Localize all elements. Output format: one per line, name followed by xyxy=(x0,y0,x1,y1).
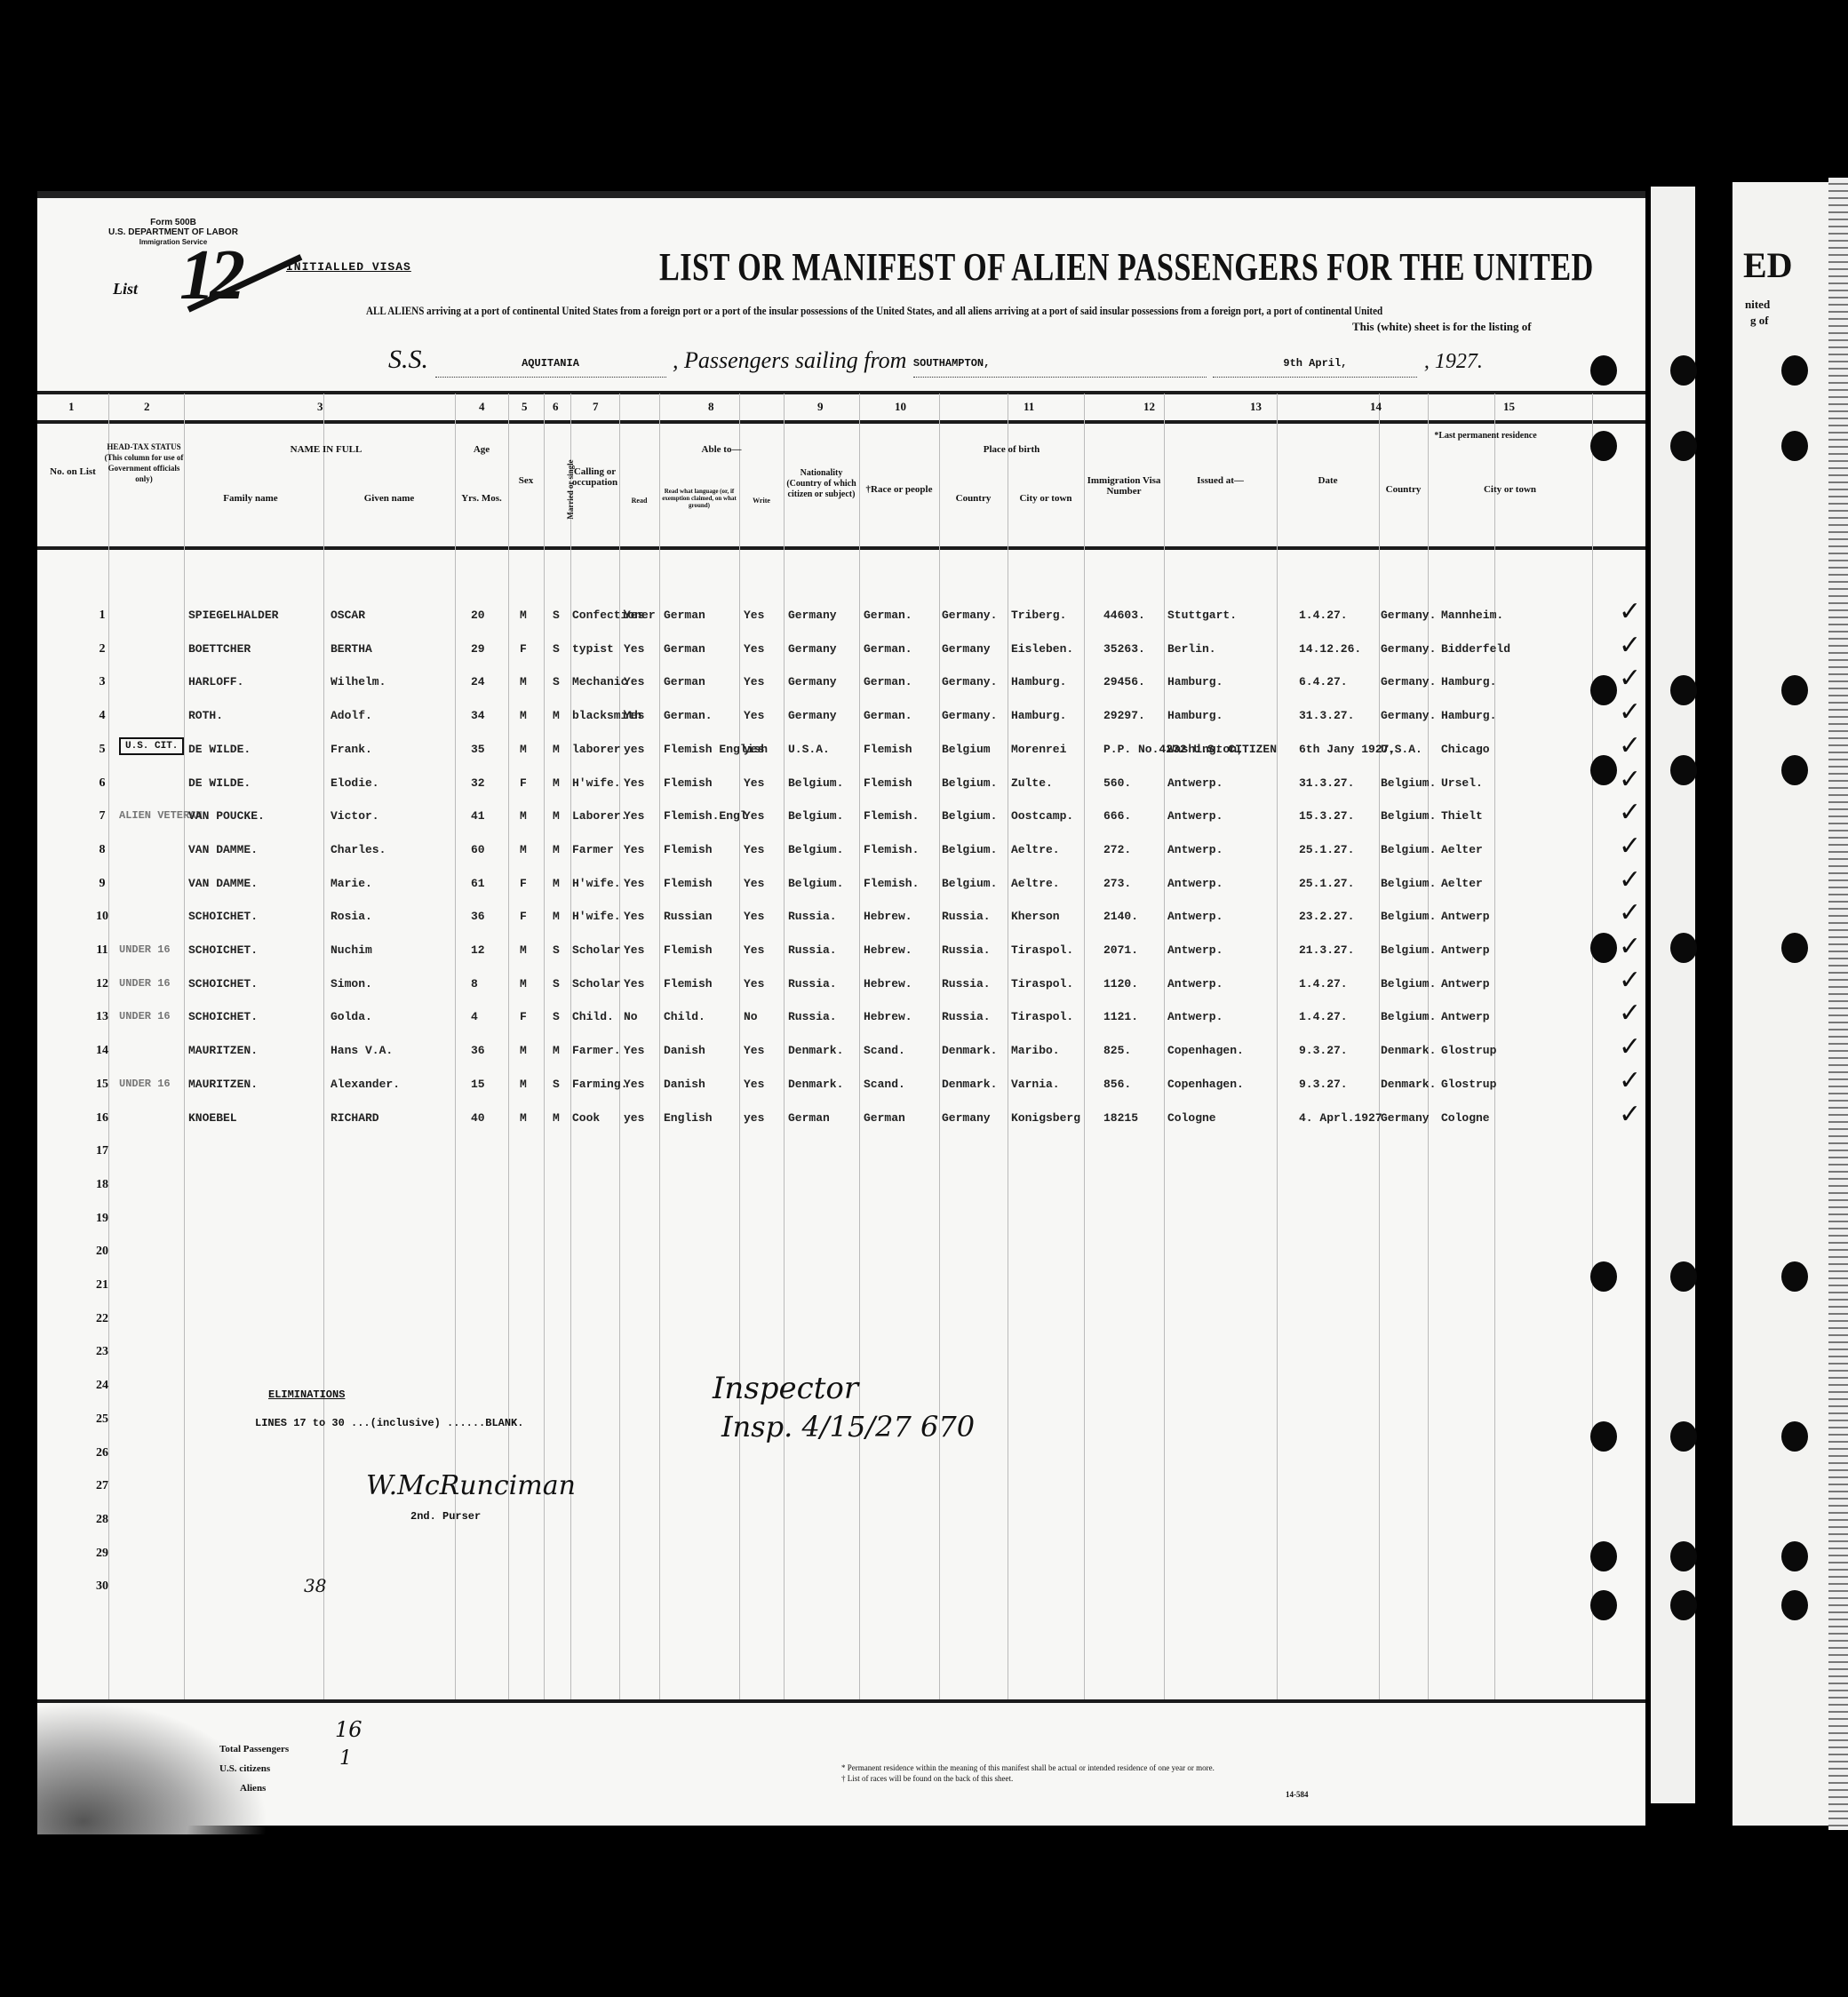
cell-r-city: Thielt xyxy=(1441,809,1483,823)
cell-age: 34 xyxy=(471,709,485,722)
header-nationality: Nationality (Country of which citizen or… xyxy=(784,468,859,500)
col-num: 6 xyxy=(553,400,559,414)
header-calling: Calling or occupation xyxy=(570,466,619,488)
punch-hole xyxy=(1670,755,1697,785)
cell-date: 6.4.27. xyxy=(1299,675,1348,688)
cell-nat: Belgium. xyxy=(788,843,843,856)
cell-given: Hans V.A. xyxy=(331,1044,393,1057)
header-able-to: Able to— xyxy=(659,444,784,455)
row-number: 25 xyxy=(89,1412,115,1427)
row-number: 27 xyxy=(89,1479,115,1493)
cell-write: Yes xyxy=(744,1044,764,1057)
cell-family: VAN DAMME. xyxy=(188,843,258,856)
cell-visa: 1120. xyxy=(1103,977,1138,991)
cell-read: Yes xyxy=(624,843,644,856)
cell-write: yes xyxy=(744,743,764,756)
header-visa-number: Immigration Visa Number xyxy=(1084,475,1164,497)
header-date: Date xyxy=(1277,475,1379,486)
cell-write: Yes xyxy=(744,642,764,656)
cell-write: Yes xyxy=(744,910,764,923)
footnote-races: † List of races will be found on the bac… xyxy=(841,1774,1013,1783)
cell-occ: H'wife. xyxy=(572,877,621,890)
cell-r-country: Denmark. xyxy=(1381,1044,1436,1057)
cell-r-city: Hamburg. xyxy=(1441,709,1496,722)
cell-date: 25.1.27. xyxy=(1299,843,1354,856)
cell-lang: Flemish xyxy=(664,877,713,890)
punch-hole xyxy=(1670,675,1697,705)
cell-race: Scand. xyxy=(864,1078,905,1091)
list-label: List xyxy=(113,280,138,298)
cell-occ: Farmer. xyxy=(572,1044,621,1057)
cell-status: UNDER 16 xyxy=(119,1010,171,1022)
cell-issued: Berlin. xyxy=(1167,642,1216,656)
cell-nat: Belgium. xyxy=(788,809,843,823)
cell-b-city: Tiraspol. xyxy=(1011,1010,1073,1023)
header-res-city: City or town xyxy=(1428,484,1592,495)
cell-b-country: Russia. xyxy=(942,910,991,923)
cell-b-city: Zulte. xyxy=(1011,776,1053,790)
col-num: 11 xyxy=(1024,400,1034,414)
cell-given: Marie. xyxy=(331,877,372,890)
cell-age: 41 xyxy=(471,809,485,823)
cell-sex: M xyxy=(520,675,527,688)
cell-sex: F xyxy=(520,910,527,923)
cell-b-city: Maribo. xyxy=(1011,1044,1060,1057)
cell-family: SCHOICHET. xyxy=(188,977,258,991)
checkmark-icon: ✓ xyxy=(1619,965,1641,996)
col-num: 4 xyxy=(479,400,485,414)
cell-b-city: Hamburg. xyxy=(1011,675,1066,688)
cell-read: Yes xyxy=(624,776,644,790)
punch-hole xyxy=(1781,1261,1808,1292)
cell-ms: M xyxy=(553,743,560,756)
punch-hole xyxy=(1670,1541,1697,1571)
cell-visa: 44603. xyxy=(1103,609,1145,622)
cell-lang: Russian xyxy=(664,910,713,923)
punch-hole xyxy=(1590,1541,1617,1571)
header-read-lang: Read what language (or, if exemption cla… xyxy=(659,488,739,509)
cell-nat: Belgium. xyxy=(788,776,843,790)
row-number: 11 xyxy=(89,943,115,958)
punch-hole xyxy=(1590,1261,1617,1292)
initialled-visas: INITIALLED VISAS xyxy=(286,260,411,274)
purser-signature: W.McRunciman xyxy=(366,1470,576,1501)
cell-b-country: Russia. xyxy=(942,1010,991,1023)
cell-age: 40 xyxy=(471,1111,485,1125)
checkmark-icon: ✓ xyxy=(1619,596,1641,627)
cell-visa: 18215 xyxy=(1103,1111,1138,1125)
us-citizen-stamp: U.S. CIT. xyxy=(119,737,184,755)
cell-sex: M xyxy=(520,743,527,756)
cell-nat: Russia. xyxy=(788,910,837,923)
header-race: †Race or people xyxy=(859,484,939,495)
cell-b-country: Belgium xyxy=(942,743,991,756)
table-row: 10SCHOICHET.Rosia.36FMH'wife.YesRussianY… xyxy=(37,910,1637,943)
header-age: Age xyxy=(455,444,508,455)
cell-visa: 2071. xyxy=(1103,943,1138,957)
cell-age: 36 xyxy=(471,1044,485,1057)
cell-r-city: Glostrup xyxy=(1441,1078,1496,1091)
row-number: 24 xyxy=(89,1379,115,1393)
cell-write: Yes xyxy=(744,843,764,856)
cell-read: Yes xyxy=(624,809,644,823)
header-name-in-full: NAME IN FULL xyxy=(215,444,437,455)
table-row: 13UNDER 16SCHOICHET.Golda.4FSChild.NoChi… xyxy=(37,1010,1637,1044)
row-number: 15 xyxy=(89,1078,115,1092)
cell-lang: German xyxy=(664,675,705,688)
header-res-country: Country xyxy=(1379,484,1428,495)
punch-hole xyxy=(1781,431,1808,461)
rule xyxy=(37,1699,1645,1703)
table-row: 8VAN DAMME.Charles.60MMFarmerYesFlemishY… xyxy=(37,843,1637,877)
row-number: 7 xyxy=(89,809,115,823)
header-no: No. on List xyxy=(46,466,100,477)
cell-sex: F xyxy=(520,776,527,790)
col-num: 14 xyxy=(1370,400,1382,414)
cell-visa: 29456. xyxy=(1103,675,1145,688)
cell-b-city: Aeltre. xyxy=(1011,877,1060,890)
cell-ms: S xyxy=(553,675,560,688)
cell-family: SCHOICHET. xyxy=(188,943,258,957)
cell-r-city: Chicago xyxy=(1441,743,1490,756)
page-edges xyxy=(1828,178,1848,1830)
cell-age: 29 xyxy=(471,642,485,656)
ship-name: AQUITANIA xyxy=(522,357,579,370)
row-number: 9 xyxy=(89,877,115,891)
cell-b-city: Tiraspol. xyxy=(1011,977,1073,991)
form-code: 14-584 xyxy=(1286,1790,1309,1799)
cell-write: Yes xyxy=(744,776,764,790)
cell-issued: Copenhagen. xyxy=(1167,1044,1244,1057)
cell-family: SPIEGELHALDER xyxy=(188,609,278,622)
cell-occ: Laborer. xyxy=(572,809,627,823)
cell-r-country: Belgium. xyxy=(1381,1010,1436,1023)
cell-ms: M xyxy=(553,1111,560,1125)
cell-r-country: Denmark. xyxy=(1381,1078,1436,1091)
cell-given: RICHARD xyxy=(331,1111,379,1125)
cell-issued: Antwerp. xyxy=(1167,843,1223,856)
cell-race: Flemish. xyxy=(864,877,919,890)
cell-b-country: Belgium. xyxy=(942,843,997,856)
cell-write: Yes xyxy=(744,877,764,890)
punch-hole xyxy=(1670,355,1697,386)
cell-nat: Germany xyxy=(788,642,837,656)
row-number: 2 xyxy=(89,642,115,656)
cell-b-city: Aeltre. xyxy=(1011,843,1060,856)
cell-issued: Hamburg. xyxy=(1167,675,1223,688)
cell-visa: 560. xyxy=(1103,776,1131,790)
cell-read: Yes xyxy=(624,943,644,957)
cell-issued: Washington, xyxy=(1167,743,1244,756)
cell-read: Yes xyxy=(624,1078,644,1091)
cell-r-country: Belgium. xyxy=(1381,910,1436,923)
row-number: 16 xyxy=(89,1111,115,1126)
cell-family: VAN POUCKE. xyxy=(188,809,265,823)
punch-hole xyxy=(1590,1590,1617,1620)
table-row: 2BOETTCHERBERTHA29FStypistYesGermanYesGe… xyxy=(37,642,1637,676)
table-row: 11UNDER 16SCHOICHET.Nuchim12MSScholarYes… xyxy=(37,943,1637,977)
cell-b-country: Belgium. xyxy=(942,776,997,790)
cell-issued: Antwerp. xyxy=(1167,877,1223,890)
col-num: 13 xyxy=(1250,400,1262,414)
checkmark-icon: ✓ xyxy=(1619,764,1641,795)
cell-write: yes xyxy=(744,1111,764,1125)
cell-occ: Scholar xyxy=(572,977,621,991)
cell-sex: M xyxy=(520,1044,527,1057)
cell-nat: Germany xyxy=(788,675,837,688)
cell-given: OSCAR xyxy=(331,609,365,622)
cell-lang: Flemish xyxy=(664,943,713,957)
checkmark-icon: ✓ xyxy=(1619,931,1641,962)
manifest-page: Form 500B U.S. DEPARTMENT OF LABOR Immig… xyxy=(37,191,1645,1826)
table-row: 9VAN DAMME.Marie.61FMH'wife.YesFlemishYe… xyxy=(37,877,1637,911)
cell-b-city: Konigsberg xyxy=(1011,1111,1080,1125)
cell-race: German. xyxy=(864,709,912,722)
header-birth-city: City or town xyxy=(1008,493,1084,504)
row-number: 6 xyxy=(89,776,115,791)
checkmark-icon: ✓ xyxy=(1619,663,1641,694)
cell-lang: Danish xyxy=(664,1078,705,1091)
col-num: 7 xyxy=(593,400,599,414)
cell-b-country: Russia. xyxy=(942,977,991,991)
cell-r-country: Germany. xyxy=(1381,642,1436,656)
row-number: 29 xyxy=(89,1547,115,1561)
cell-family: BOETTCHER xyxy=(188,642,251,656)
adjacent-line: g of xyxy=(1750,314,1769,328)
cell-race: Flemish. xyxy=(864,843,919,856)
cell-b-country: Belgium. xyxy=(942,877,997,890)
col-num: 9 xyxy=(817,400,824,414)
cell-r-country: Belgium. xyxy=(1381,776,1436,790)
col-num: 15 xyxy=(1503,400,1515,414)
cell-issued: Copenhagen. xyxy=(1167,1078,1244,1091)
cell-visa: 29297. xyxy=(1103,709,1145,722)
cell-status: UNDER 16 xyxy=(119,943,171,956)
cell-write: Yes xyxy=(744,943,764,957)
cell-nat: German xyxy=(788,1111,830,1125)
row-number: 12 xyxy=(89,977,115,991)
page-title: LIST OR MANIFEST OF ALIEN PASSENGERS FOR… xyxy=(659,244,1594,290)
cell-read: yes xyxy=(624,1111,644,1125)
punch-hole xyxy=(1590,933,1617,963)
row-number: 8 xyxy=(89,843,115,857)
rule xyxy=(37,391,1645,394)
checkmark-icon: ✓ xyxy=(1619,730,1641,761)
cell-family: ROTH. xyxy=(188,709,223,722)
punch-hole xyxy=(1781,1541,1808,1571)
cell-lang: Flemish xyxy=(664,776,713,790)
cell-b-country: Denmark. xyxy=(942,1078,997,1091)
cell-lang: German xyxy=(664,642,705,656)
cell-b-country: Russia. xyxy=(942,943,991,957)
cell-issued: Antwerp. xyxy=(1167,943,1223,957)
cell-visa: 2140. xyxy=(1103,910,1138,923)
sailing-line: S.S. AQUITANIA , Passengers sailing from… xyxy=(388,345,1483,378)
eliminations-text: LINES 17 to 30 ...(inclusive) ......BLAN… xyxy=(255,1417,523,1429)
cell-lang: German. xyxy=(664,709,713,722)
cell-given: BERTHA xyxy=(331,642,372,656)
punch-hole xyxy=(1590,755,1617,785)
header-place-of-birth: Place of birth xyxy=(939,444,1084,455)
cell-r-country: Belgium. xyxy=(1381,843,1436,856)
cell-b-country: Denmark. xyxy=(942,1044,997,1057)
cell-b-city: Morenrei xyxy=(1011,743,1066,756)
cell-nat: Germany xyxy=(788,709,837,722)
row-number: 21 xyxy=(89,1278,115,1293)
cell-b-country: Germany. xyxy=(942,609,997,622)
sailing-label: Passengers sailing from xyxy=(684,347,906,373)
cell-ms: M xyxy=(553,709,560,722)
year: 1927. xyxy=(1435,350,1483,373)
cell-b-city: Triberg. xyxy=(1011,609,1066,622)
cell-age: 36 xyxy=(471,910,485,923)
cell-nat: Germany xyxy=(788,609,837,622)
cell-date: 31.3.27. xyxy=(1299,709,1354,722)
cell-family: KNOEBEL xyxy=(188,1111,237,1125)
table-row: 1SPIEGELHALDEROSCAR20MSConfectionerYesGe… xyxy=(37,609,1637,642)
cell-ms: S xyxy=(553,1078,560,1091)
cell-r-country: Germany. xyxy=(1381,609,1436,622)
inspector-signature: Inspector xyxy=(713,1371,858,1406)
row-number: 26 xyxy=(89,1446,115,1460)
cell-b-country: Germany. xyxy=(942,675,997,688)
cell-r-country: Belgium. xyxy=(1381,943,1436,957)
total-passengers-label: Total Passengers xyxy=(219,1744,289,1754)
cell-r-city: Antwerp xyxy=(1441,977,1490,991)
header-head-tax: HEAD-TAX STATUS (This column for use of … xyxy=(104,442,184,484)
cell-lang: Flemish.Engl xyxy=(664,809,747,823)
cell-nat: U.S.A. xyxy=(788,743,830,756)
cell-issued: Antwerp. xyxy=(1167,776,1223,790)
col-num: 12 xyxy=(1143,400,1155,414)
cell-race: Scand. xyxy=(864,1044,905,1057)
header-family-name: Family name xyxy=(184,493,317,504)
cell-given: Adolf. xyxy=(331,709,372,722)
cell-occ: Scholar xyxy=(572,943,621,957)
cell-date: 15.3.27. xyxy=(1299,809,1354,823)
cell-family: DE WILDE. xyxy=(188,743,251,756)
row-number: 4 xyxy=(89,709,115,723)
header-last-residence: *Last permanent residence xyxy=(1379,431,1592,442)
row-number: 14 xyxy=(89,1044,115,1058)
cell-ms: S xyxy=(553,1010,560,1023)
port: SOUTHAMPTON, xyxy=(913,357,990,370)
cell-r-city: Cologne xyxy=(1441,1111,1490,1125)
cell-r-country: Germany. xyxy=(1381,709,1436,722)
cell-r-country: Belgium. xyxy=(1381,977,1436,991)
cell-occ: typist xyxy=(572,642,614,656)
adjacent-title: ED xyxy=(1743,244,1793,286)
col-num: 3 xyxy=(317,400,323,414)
cell-family: HARLOFF. xyxy=(188,675,243,688)
us-citizens-label: U.S. citizens xyxy=(219,1763,270,1774)
checkmark-icon: ✓ xyxy=(1619,998,1641,1029)
cell-b-country: Germany xyxy=(942,642,991,656)
us-citizens-value: 1 xyxy=(339,1747,352,1770)
cell-b-city: Oostcamp. xyxy=(1011,809,1073,823)
cell-read: No xyxy=(624,1010,638,1023)
cell-write: Yes xyxy=(744,977,764,991)
cell-ms: S xyxy=(553,609,560,622)
cell-issued: Stuttgart. xyxy=(1167,609,1237,622)
header-sex: Sex xyxy=(508,475,544,486)
cell-b-city: Hamburg. xyxy=(1011,709,1066,722)
inspector-note: Insp. 4/15/27 670 xyxy=(721,1410,975,1444)
table-row: 5U.S. CIT.DE WILDE.Frank.35MMlaboreryesF… xyxy=(37,743,1637,776)
cell-sex: M xyxy=(520,843,527,856)
header-yrs-mos: Yrs. Mos. xyxy=(455,493,508,504)
cell-issued: Antwerp. xyxy=(1167,809,1223,823)
table-row: 14MAURITZEN.Hans V.A.36MMFarmer.YesDanis… xyxy=(37,1044,1637,1078)
cell-issued: Antwerp. xyxy=(1167,977,1223,991)
table-row: 12UNDER 16SCHOICHET.Simon.8MSScholarYesF… xyxy=(37,977,1637,1011)
header-married: Married or single xyxy=(565,436,576,543)
col-num: 1 xyxy=(68,400,75,414)
row-number: 10 xyxy=(89,910,115,924)
col-num: 5 xyxy=(522,400,528,414)
cell-occ: Farming. xyxy=(572,1078,627,1091)
cell-race: Flemish xyxy=(864,743,912,756)
cell-race: Flemish. xyxy=(864,809,919,823)
cell-age: 35 xyxy=(471,743,485,756)
cell-race: Hebrew. xyxy=(864,910,912,923)
cell-r-city: Mannheim. xyxy=(1441,609,1503,622)
cell-occ: Cook xyxy=(572,1111,600,1125)
row-number: 18 xyxy=(89,1178,115,1192)
punch-hole xyxy=(1670,933,1697,963)
cell-age: 8 xyxy=(471,977,478,991)
punch-hole xyxy=(1670,1590,1697,1620)
row-number: 13 xyxy=(89,1010,115,1024)
cell-status: UNDER 16 xyxy=(119,977,171,990)
cell-read: Yes xyxy=(624,675,644,688)
row-number: 3 xyxy=(89,675,115,689)
cell-occ: H'wife. xyxy=(572,776,621,790)
row-number: 20 xyxy=(89,1245,115,1259)
checkmark-icon: ✓ xyxy=(1619,630,1641,661)
cell-age: 15 xyxy=(471,1078,485,1091)
cell-race: German xyxy=(864,1111,905,1125)
cell-visa: 273. xyxy=(1103,877,1131,890)
row-number: 5 xyxy=(89,743,115,757)
row-number: 19 xyxy=(89,1212,115,1226)
punch-hole xyxy=(1781,1590,1808,1620)
cell-family: MAURITZEN. xyxy=(188,1044,258,1057)
cell-r-city: Aelter xyxy=(1441,843,1483,856)
punch-hole xyxy=(1590,431,1617,461)
table-row: 3HARLOFF.Wilhelm.24MSMechanicYesGermanYe… xyxy=(37,675,1637,709)
punch-hole xyxy=(1781,933,1808,963)
checkmark-icon: ✓ xyxy=(1619,1099,1641,1130)
cell-ms: M xyxy=(553,776,560,790)
binder-spine xyxy=(1699,178,1731,1830)
cell-family: VAN DAMME. xyxy=(188,877,258,890)
cell-ms: M xyxy=(553,1044,560,1057)
cell-r-city: Hamburg. xyxy=(1441,675,1496,688)
cell-given: Rosia. xyxy=(331,910,372,923)
cell-given: Elodie. xyxy=(331,776,379,790)
punch-hole xyxy=(1670,431,1697,461)
row-number: 30 xyxy=(89,1579,115,1594)
header-birth-country: Country xyxy=(939,493,1008,504)
cell-visa: 856. xyxy=(1103,1078,1131,1091)
cell-race: Flemish xyxy=(864,776,912,790)
cell-write: No xyxy=(744,1010,758,1023)
cell-age: 4 xyxy=(471,1010,478,1023)
punch-hole xyxy=(1781,755,1808,785)
cell-ms: M xyxy=(553,877,560,890)
punch-hole xyxy=(1590,355,1617,386)
